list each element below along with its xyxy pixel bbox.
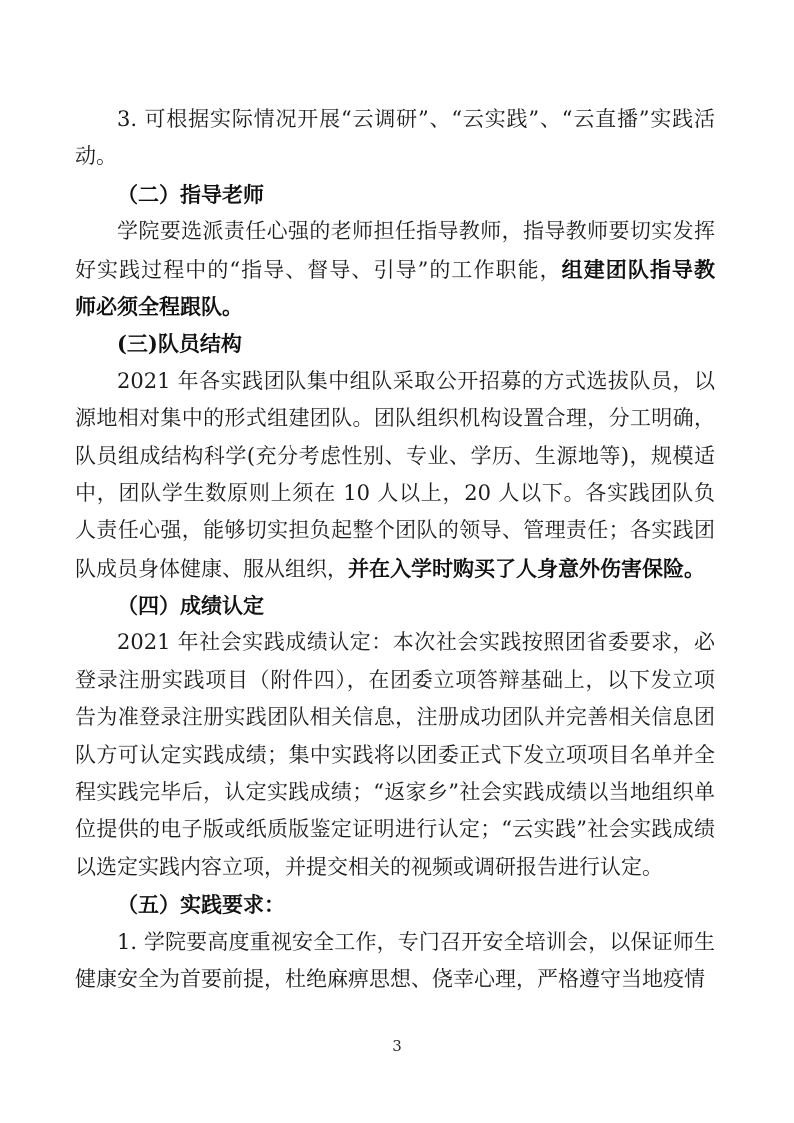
text-segment: 1. 学院要高度重视安全工作，专门召开安全培训会，以保证师生	[117, 930, 715, 954]
section-heading: (三)队员结构	[75, 325, 715, 362]
text-segment: 队方可认定实践成绩；集中实践将以团委正式下发立项项目名单并全	[75, 743, 715, 767]
text-segment: 动。	[75, 144, 117, 168]
body-text-line: 源地相对集中的形式组建团队。团队组织机构设置合理，分工明确，	[75, 400, 715, 437]
body-text-line: 2021 年各实践团队集中组队采取公开招募的方式选拔队员，以生	[75, 363, 715, 400]
body-text-line: 队员组成结构科学(充分考虑性别、专业、学历、生源地等)，规模适	[75, 438, 715, 475]
text-segment: 告为准登录注册实践团队相关信息，注册成功团队并完善相关信息团	[75, 705, 715, 729]
page-footer: 3	[0, 1036, 794, 1055]
text-segment: 队成员身体健康、服从组织，	[75, 557, 348, 581]
text-segment: 位提供的电子版或纸质版鉴定证明进行认定；“云实践”社会实践成绩	[75, 817, 715, 841]
text-segment: 健康安全为首要前提，杜绝麻痹思想、侥幸心理，严格遵守当地疫情	[75, 967, 705, 991]
body-text-line: 2021 年社会实践成绩认定：本次社会实践按照团省委要求，必须	[75, 624, 715, 661]
document-page: 3. 可根据实际情况开展“云调研”、“云实践”、“云直播”实践活动。（二）指导老…	[0, 0, 794, 1123]
body-text-line: 健康安全为首要前提，杜绝麻痹思想、侥幸心理，严格遵守当地疫情	[75, 961, 715, 998]
body-text-line: 3. 可根据实际情况开展“云调研”、“云实践”、“云直播”实践活	[75, 101, 715, 138]
body-text-line: 队方可认定实践成绩；集中实践将以团委正式下发立项项目名单并全	[75, 737, 715, 774]
bold-text-segment: （四）成绩认定	[117, 593, 264, 618]
text-segment: 2021 年社会实践成绩认定：本次社会实践按照团省委要求，必须	[117, 630, 715, 661]
body-text-line: 登录注册实践项目（附件四），在团委立项答辩基础上，以下发立项公	[75, 662, 715, 699]
body-text-line: 位提供的电子版或纸质版鉴定证明进行认定；“云实践”社会实践成绩	[75, 811, 715, 848]
body-text-line: 学院要选派责任心强的老师担任指导教师，指导教师要切实发挥	[75, 213, 715, 250]
text-segment: 以选定实践内容立项，并提交相关的视频或调研报告进行认定。	[75, 855, 663, 879]
body-text-line: 人责任心强，能够切实担负起整个团队的领导、管理责任；各实践团	[75, 512, 715, 549]
body-text-line: 队成员身体健康、服从组织，并在入学时购买了人身意外伤害保险。	[75, 550, 715, 587]
section-heading: （四）成绩认定	[75, 587, 715, 624]
body-text-line: 1. 学院要高度重视安全工作，专门召开安全培训会，以保证师生	[75, 924, 715, 961]
text-segment: 3. 可根据实际情况开展“云调研”、“云实践”、“云直播”实践活	[117, 107, 715, 131]
body-text-line: 动。	[75, 138, 715, 175]
body-text-line: 好实践过程中的“指导、督导、引导”的工作职能，组建团队指导教	[75, 251, 715, 288]
bold-text-segment: （二）指导老师	[117, 182, 264, 207]
text-segment: 程实践完毕后，认定实践成绩；“返家乡”社会实践成绩以当地组织单	[75, 780, 715, 804]
section-heading: （二）指导老师	[75, 176, 715, 213]
bold-text-segment: 组建团队指导教	[562, 257, 715, 282]
document-body: 3. 可根据实际情况开展“云调研”、“云实践”、“云直播”实践活动。（二）指导老…	[75, 101, 715, 998]
bold-text-segment: (三)队员结构	[117, 331, 242, 356]
bold-text-segment: （五）实践要求：	[117, 892, 285, 917]
body-text-line: 师必须全程跟队。	[75, 288, 715, 325]
text-segment: 登录注册实践项目（附件四），在团委立项答辩基础上，以下发立项公	[75, 668, 715, 699]
bold-text-segment: 并在入学时购买了人身意外伤害保险。	[348, 556, 705, 581]
section-heading: （五）实践要求：	[75, 886, 715, 923]
text-segment: 源地相对集中的形式组建团队。团队组织机构设置合理，分工明确，	[75, 406, 715, 430]
text-segment: 2021 年各实践团队集中组队采取公开招募的方式选拔队员，以生	[117, 369, 715, 400]
text-segment: 学院要选派责任心强的老师担任指导教师，指导教师要切实发挥	[117, 219, 715, 243]
bold-text-segment: 师必须全程跟队。	[75, 294, 243, 319]
body-text-line: 程实践完毕后，认定实践成绩；“返家乡”社会实践成绩以当地组织单	[75, 774, 715, 811]
page-number: 3	[392, 1037, 402, 1055]
body-text-line: 告为准登录注册实践团队相关信息，注册成功团队并完善相关信息团	[75, 699, 715, 736]
body-text-line: 以选定实践内容立项，并提交相关的视频或调研报告进行认定。	[75, 849, 715, 886]
body-text-line: 中，团队学生数原则上须在 10 人以上，20 人以下。各实践团队负责	[75, 475, 715, 512]
text-segment: 队员组成结构科学(充分考虑性别、专业、学历、生源地等)，规模适	[75, 444, 715, 468]
text-segment: 中，团队学生数原则上须在 10 人以上，20 人以下。各实践团队负责	[75, 481, 715, 512]
text-segment: 好实践过程中的“指导、督导、引导”的工作职能，	[75, 258, 562, 282]
text-segment: 人责任心强，能够切实担负起整个团队的领导、管理责任；各实践团	[75, 518, 715, 542]
